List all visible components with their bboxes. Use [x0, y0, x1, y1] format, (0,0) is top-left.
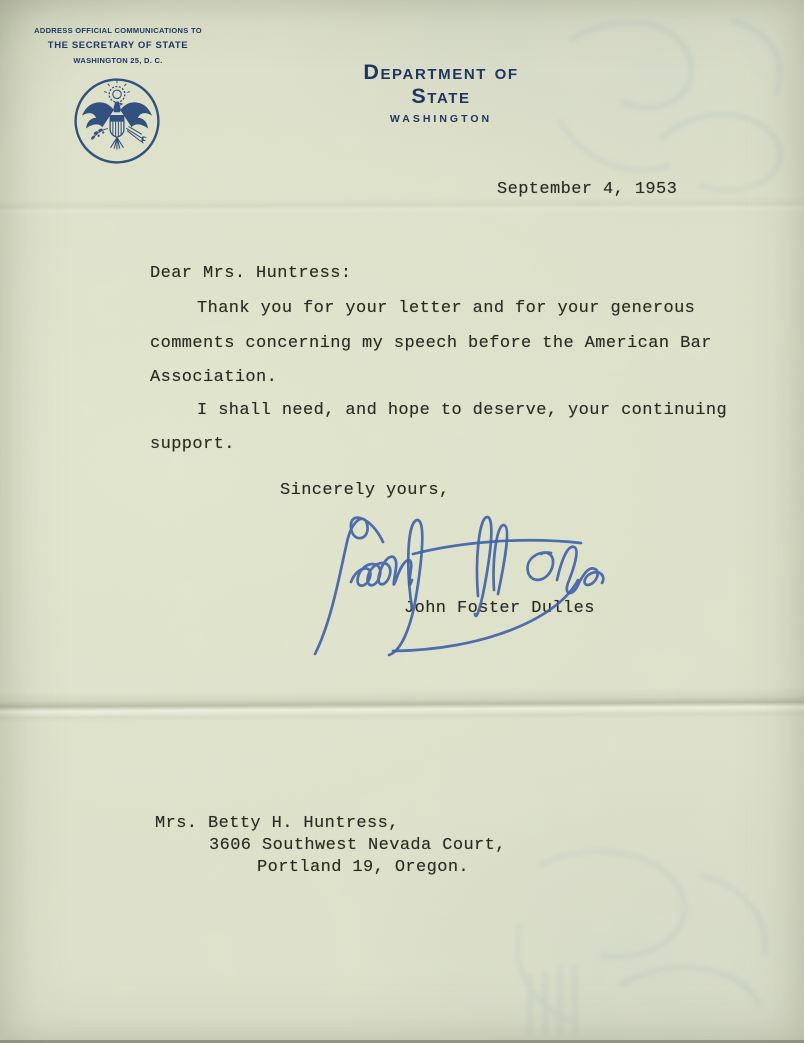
recipient-name: Mrs. Betty H. Huntress, [155, 814, 399, 834]
letter-date: September 4, 1953 [497, 180, 677, 200]
salutation: Dear Mrs. Huntress: [150, 264, 351, 284]
great-seal-icon [71, 75, 163, 167]
closing: Sincerely yours, [280, 481, 450, 501]
recipient-street: 3606 Southwest Nevada Court, [209, 836, 506, 856]
bleed-through-watermark-bottom-right [480, 835, 804, 1043]
paragraph1-line3: Association. [150, 368, 277, 388]
signer-typed-name: John Foster Dulles [404, 599, 595, 619]
letterhead-heading: Department of State WASHINGTON [335, 60, 547, 125]
department-city: WASHINGTON [335, 113, 547, 125]
paragraph2-line1: I shall need, and hope to deserve, your … [197, 401, 727, 421]
corner-line-2: THE SECRETARY OF STATE [28, 39, 208, 53]
paragraph1-line2: comments concerning my speech before the… [150, 334, 712, 354]
letter-page: ADDRESS OFFICIAL COMMUNICATIONS TO THE S… [0, 0, 804, 1043]
corner-line-3: WASHINGTON 25, D. C. [28, 55, 208, 67]
recipient-city: Portland 19, Oregon. [257, 858, 469, 878]
corner-line-1: ADDRESS OFFICIAL COMMUNICATIONS TO [28, 25, 208, 37]
dulles-signature-ink [295, 508, 640, 666]
paragraph2-line2: support. [150, 435, 235, 455]
scanned-letter: ADDRESS OFFICIAL COMMUNICATIONS TO THE S… [0, 0, 804, 1043]
faint-fold-crease [0, 196, 804, 216]
official-communications-block: ADDRESS OFFICIAL COMMUNICATIONS TO THE S… [28, 25, 208, 67]
department-title: Department of State [335, 60, 547, 108]
paragraph1-line1: Thank you for your letter and for your g… [197, 299, 695, 319]
horizontal-fold-crease [0, 687, 804, 722]
